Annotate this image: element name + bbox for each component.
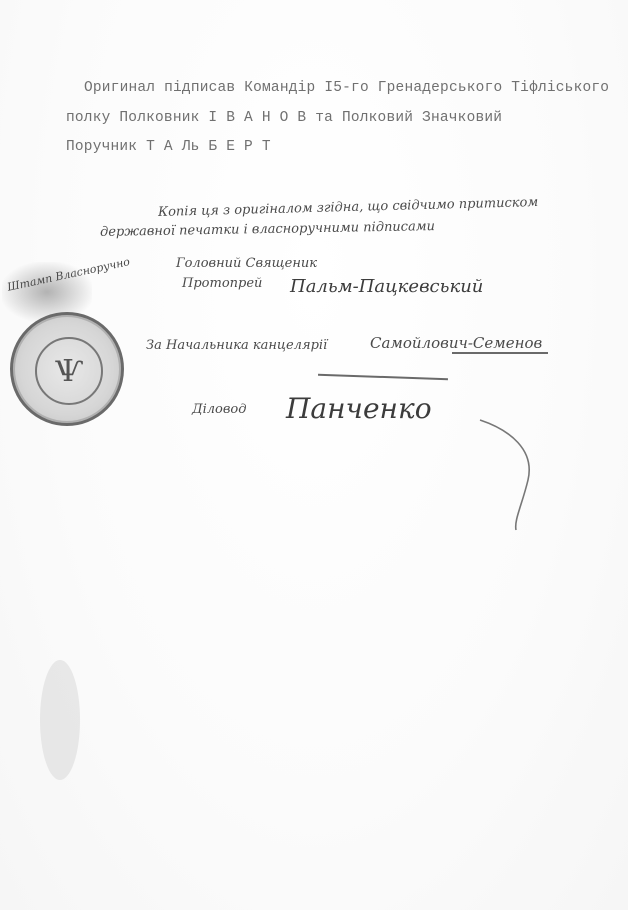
priest-signature: Пальм-Пацкевський <box>290 276 483 297</box>
signature-flourish-top <box>318 374 448 380</box>
clerk-label: Діловод <box>192 402 246 417</box>
signature-flourish-tail <box>440 410 540 540</box>
official-seal: Ѱ <box>10 312 124 426</box>
chancellery-label: За Начальника канцелярії <box>146 338 327 353</box>
certification-line-1: Копія ця з оригіналом згідна, що свідчим… <box>158 195 538 220</box>
document-page: Оригинал підписав Командір I5-го Гренаде… <box>0 0 628 910</box>
chancellery-signature: Самойлович-Семенов <box>370 334 542 352</box>
typed-line-2: полку Полковник І В А Н О В та Полковий … <box>66 110 502 126</box>
signature-underline <box>452 352 548 354</box>
typed-line-3: Поручник Т А Ль Б Е Р Т <box>66 139 271 155</box>
clerk-signature: Панченко <box>286 392 432 425</box>
priest-title-2: Протопрей <box>182 276 262 291</box>
certification-line-2: державної печатки і власноручними підпис… <box>100 219 435 240</box>
trident-icon: Ѱ <box>35 337 103 405</box>
typed-line-1: Оригинал підписав Командір I5-го Гренаде… <box>84 80 609 96</box>
priest-title-1: Головний Священик <box>176 256 317 271</box>
paper-speckle <box>40 660 80 780</box>
